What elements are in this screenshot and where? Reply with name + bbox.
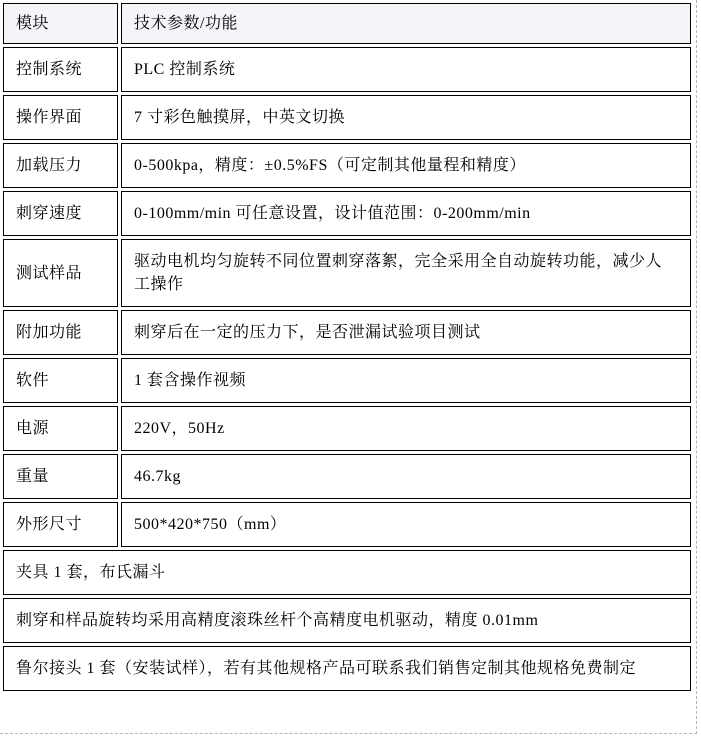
- value-cell: 0-100mm/min 可任意设置，设计值范围：0-200mm/min: [121, 191, 691, 236]
- value-cell: 刺穿后在一定的压力下，是否泄漏试验项目测试: [121, 310, 691, 355]
- value-cell: 46.7kg: [121, 454, 691, 499]
- spec-table-body: 模块 技术参数/功能 控制系统 PLC 控制系统 操作界面 7 寸彩色触摸屏，中…: [3, 3, 691, 691]
- table-row: 重量 46.7kg: [3, 454, 691, 499]
- value-cell: 驱动电机均匀旋转不同位置刺穿落絮，完全采用全自动旋转功能，减少人工操作: [121, 239, 691, 307]
- module-cell: 软件: [3, 358, 118, 403]
- value-cell: 500*420*750（mm）: [121, 502, 691, 547]
- table-full-row: 鲁尔接头 1 套（安装试样），若有其他规格产品可联系我们销售定制其他规格免费制定: [3, 646, 691, 691]
- header-cell-parameters: 技术参数/功能: [121, 3, 691, 44]
- value-cell: PLC 控制系统: [121, 47, 691, 92]
- module-cell: 重量: [3, 454, 118, 499]
- value-cell: 7 寸彩色触摸屏，中英文切换: [121, 95, 691, 140]
- module-cell: 附加功能: [3, 310, 118, 355]
- full-width-cell: 鲁尔接头 1 套（安装试样），若有其他规格产品可联系我们销售定制其他规格免费制定: [3, 646, 691, 691]
- module-cell: 加载压力: [3, 143, 118, 188]
- module-cell: 操作界面: [3, 95, 118, 140]
- module-cell: 控制系统: [3, 47, 118, 92]
- module-cell: 刺穿速度: [3, 191, 118, 236]
- value-cell: 1 套含操作视频: [121, 358, 691, 403]
- table-full-row: 夹具 1 套，布氏漏斗: [3, 550, 691, 595]
- spec-table: 模块 技术参数/功能 控制系统 PLC 控制系统 操作界面 7 寸彩色触摸屏，中…: [0, 0, 694, 694]
- table-row: 控制系统 PLC 控制系统: [3, 47, 691, 92]
- table-row: 附加功能 刺穿后在一定的压力下，是否泄漏试验项目测试: [3, 310, 691, 355]
- full-width-cell: 夹具 1 套，布氏漏斗: [3, 550, 691, 595]
- document-page: 模块 技术参数/功能 控制系统 PLC 控制系统 操作界面 7 寸彩色触摸屏，中…: [0, 0, 697, 734]
- table-row: 加载压力 0-500kpa，精度：±0.5%FS（可定制其他量程和精度）: [3, 143, 691, 188]
- table-row: 操作界面 7 寸彩色触摸屏，中英文切换: [3, 95, 691, 140]
- table-row: 测试样品 驱动电机均匀旋转不同位置刺穿落絮，完全采用全自动旋转功能，减少人工操作: [3, 239, 691, 307]
- module-cell: 外形尺寸: [3, 502, 118, 547]
- module-cell: 测试样品: [3, 239, 118, 307]
- value-cell: 220V，50Hz: [121, 406, 691, 451]
- header-cell-module: 模块: [3, 3, 118, 44]
- full-width-cell: 刺穿和样品旋转均采用高精度滚珠丝杆个高精度电机驱动，精度 0.01mm: [3, 598, 691, 643]
- table-row: 外形尺寸 500*420*750（mm）: [3, 502, 691, 547]
- table-row: 刺穿速度 0-100mm/min 可任意设置，设计值范围：0-200mm/min: [3, 191, 691, 236]
- module-cell: 电源: [3, 406, 118, 451]
- table-header-row: 模块 技术参数/功能: [3, 3, 691, 44]
- table-full-row: 刺穿和样品旋转均采用高精度滚珠丝杆个高精度电机驱动，精度 0.01mm: [3, 598, 691, 643]
- table-row: 电源 220V，50Hz: [3, 406, 691, 451]
- value-cell: 0-500kpa，精度：±0.5%FS（可定制其他量程和精度）: [121, 143, 691, 188]
- table-row: 软件 1 套含操作视频: [3, 358, 691, 403]
